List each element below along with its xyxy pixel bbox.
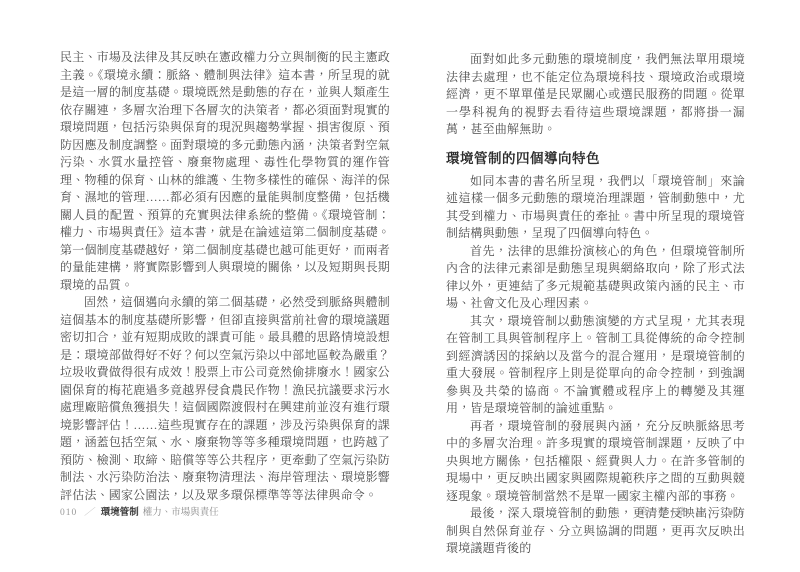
paragraph-continued: 民主、市場及法律及其反映在憲政權力分立與制衡的民主憲政主義。《環境永續：脈絡、體… (60, 49, 390, 294)
footer-right: 第一章・緒 論／011 (638, 506, 745, 520)
paragraph: 首先，法律的思維扮演核心的角色，但環境管制所內含的法律元素卻是動態呈現與網絡取向… (446, 243, 745, 313)
section-heading: 環境管制的四個導向特色 (446, 150, 745, 168)
left-body-text-column: 民主、市場及法律及其反映在憲政權力分立與制衡的民主憲政主義。《環境永續：脈絡、體… (60, 49, 390, 504)
chapter-label: 第一章・緒 論 (638, 508, 705, 518)
paragraph: 再者，環境管制的發展與內涵，充分反映脈絡思考中的多層次治理。許多現實的環境管制課… (446, 418, 745, 506)
page-number: 011 (728, 508, 745, 518)
book-spread: 民主、市場及法律及其反映在憲政權力分立與制衡的民主憲政主義。《環境永續：脈絡、體… (0, 0, 800, 572)
page-right: 面對如此多元動態的環境制度，我們無法單用環境法律去處理，也不能定位為環境科技、環… (400, 0, 800, 572)
footer-separator: ／ (84, 508, 94, 518)
right-body-text-column: 面對如此多元動態的環境制度，我們無法單用環境法律去處理，也不能定位為環境科技、環… (446, 51, 745, 558)
paragraph: 其次，環境管制以動態演變的方式呈現，尤其表現在管制工具與管制程序上。管制工具從傳… (446, 313, 745, 418)
page-left: 民主、市場及法律及其反映在憲政權力分立與制衡的民主憲政主義。《環境永續：脈絡、體… (0, 0, 400, 572)
paragraph: 固然，這個邁向永續的第二個基礎，必然受到脈絡與體制這個基本的制度基礎所影響，但卻… (60, 294, 390, 504)
paragraph: 面對如此多元動態的環境制度，我們無法單用環境法律去處理，也不能定位為環境科技、環… (446, 51, 745, 139)
book-subtitle: 權力、市場與責任 (143, 508, 219, 518)
page-number: 010 (60, 508, 77, 518)
footer-separator: ／ (712, 508, 722, 518)
footer-left: 010／環境管制權力、市場與責任 (60, 506, 219, 520)
paragraph: 如同本書的書名所呈現，我們以「環境管制」來論述這樣一個多元動態的環境治理課題，管… (446, 173, 745, 243)
book-title: 環境管制 (101, 507, 139, 518)
